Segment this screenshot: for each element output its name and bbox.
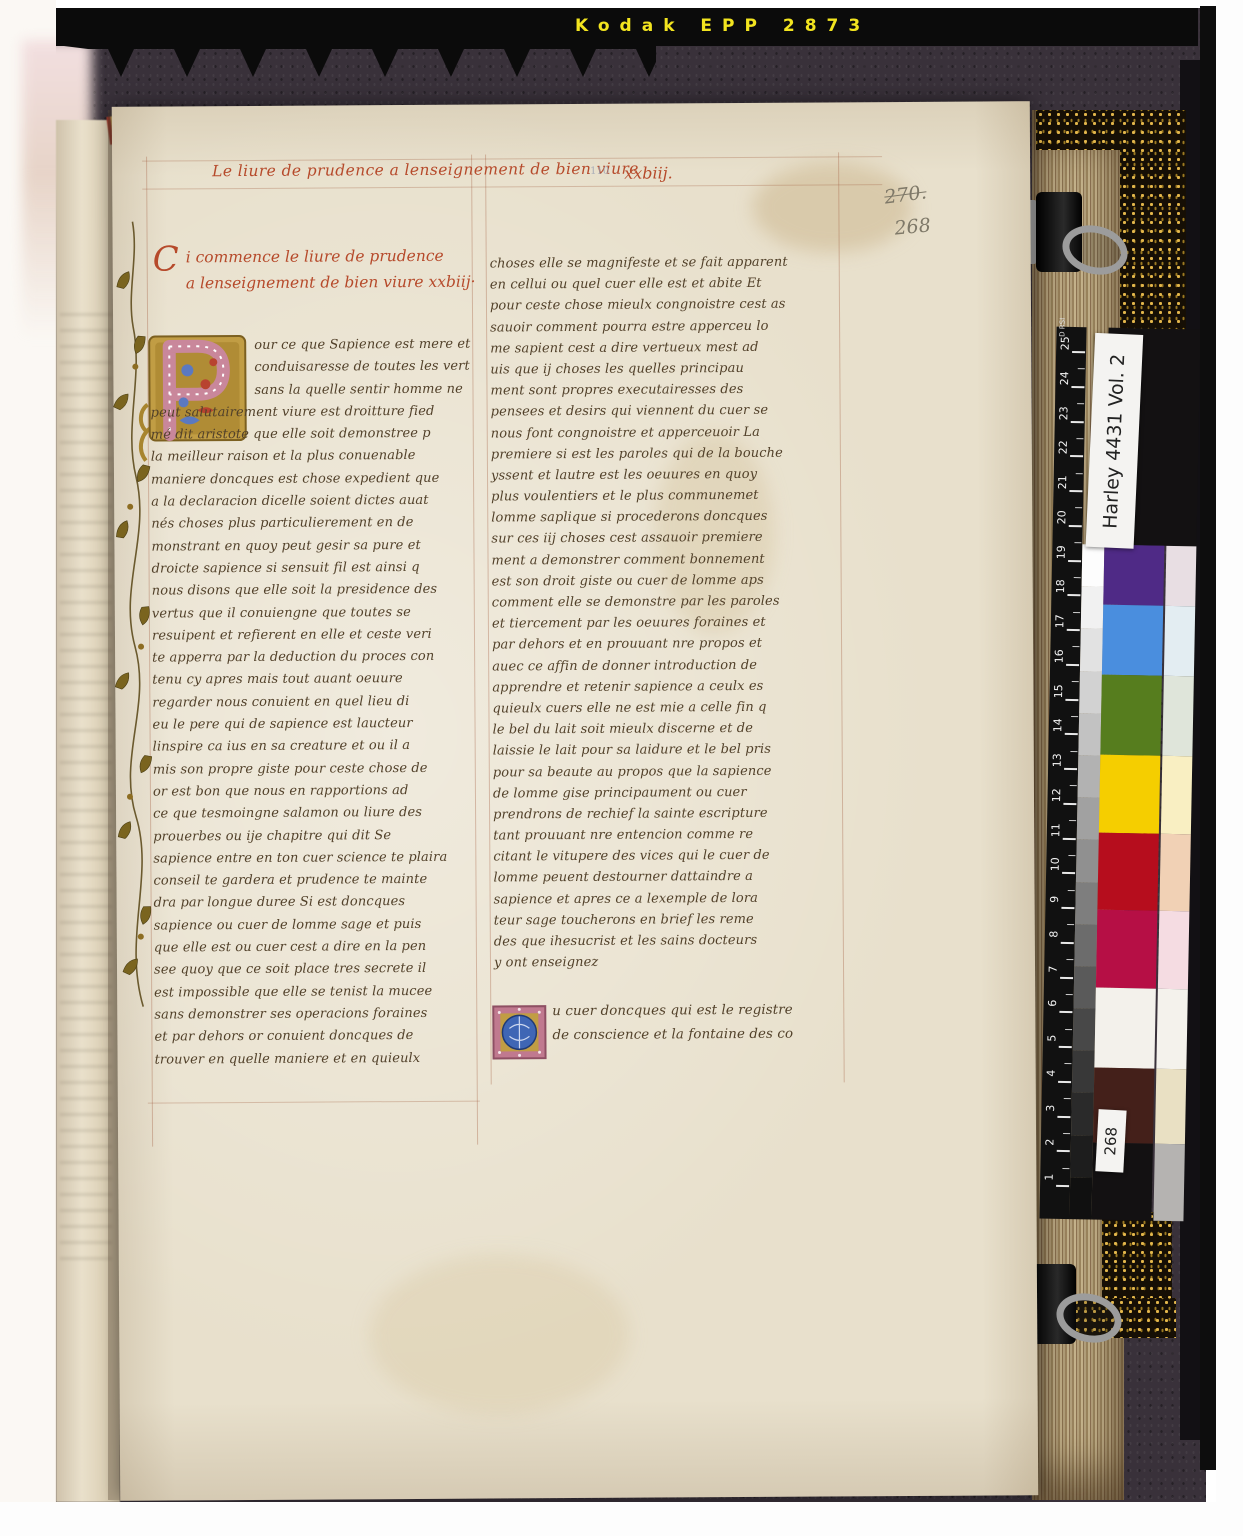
text-column-2-line: y ont enseignez [494, 954, 844, 977]
text-column-2-line: le bel du lait soit mieulx discerne et d… [493, 720, 843, 743]
text-column-2-line: en cellui ou quel cuer elle est et abite… [490, 276, 840, 299]
ruler-half-tick [1064, 1098, 1071, 1099]
text-column-1-line: sans demonstrer ses operacions foraines [154, 1006, 476, 1030]
rubric: Ci commence le liure de prudence a lense… [153, 243, 483, 297]
text-column-1-line: a la declaracion dicelle soient dictes a… [151, 493, 473, 517]
text-column-2-line: quieulx cuers elle ne est mie a celle fi… [492, 699, 842, 722]
folio-sticker-text: 268 [1101, 1126, 1121, 1156]
ruler-number: 21 [1056, 472, 1069, 492]
ruler-tick [1071, 386, 1084, 388]
grayscale-step [1076, 839, 1099, 882]
ruler-number: 12 [1050, 785, 1063, 805]
ruler-tick [1069, 525, 1082, 527]
faint-header-mark: 110 [590, 166, 609, 177]
grayscale-step [1070, 1135, 1093, 1178]
ruler-number: 13 [1051, 750, 1064, 770]
ruler-half-tick [1070, 751, 1077, 752]
text-column-1-line: peut salutairement viure est droitture f… [151, 404, 473, 428]
text-column-1-line: maniere doncques est chose expedient que [151, 470, 473, 494]
ruler-half-tick [1076, 473, 1083, 474]
pastel-patch-yellow [1161, 756, 1192, 835]
ruler-tick [1059, 1046, 1072, 1048]
pastel-patch-white [1156, 989, 1188, 1070]
text-column-2-line: sur ces iij choses cest assauoir premier… [491, 530, 841, 553]
text-column-1-line: droicte sapience si sensuit fil est ains… [152, 560, 474, 584]
grayscale-step [1069, 1177, 1092, 1220]
scan-margin-right [1216, 0, 1243, 1536]
ruler-half-tick [1077, 403, 1084, 404]
ruler-number: 9 [1048, 889, 1061, 909]
ruler-tick [1056, 1185, 1069, 1187]
text-column-1-line: regarder nous conuient en quel lieu di [152, 693, 474, 717]
ruler-half-tick [1075, 507, 1082, 508]
ruler-half-tick [1074, 577, 1081, 578]
text-column-2-line: pour ceste chose mieulx congnoistre cest… [490, 297, 840, 320]
text-column-1-line: mé dit aristote que elle soit demonstree… [151, 426, 473, 450]
text-column-1-line: dra par longue duree Si est doncques [154, 894, 476, 918]
ruler-half-tick [1064, 1063, 1071, 1064]
text-column-2-line: laissie le lait pour sa laidure et le be… [493, 742, 843, 765]
text-column-1-line: ce que tesmoingne salamon ou liure des [153, 805, 475, 829]
ruler-tick [1057, 1150, 1070, 1152]
grayscale-step [1077, 797, 1100, 840]
text-column-2-line: teur sage toucherons en brief les reme [494, 911, 844, 934]
text-column-1-line: tenu cy apres mais tout auant oeuure [152, 671, 474, 695]
ruler-half-tick [1066, 994, 1073, 995]
text-column-1-line: la meilleur raison et la plus conuenable [151, 448, 473, 472]
ruler-tick [1063, 837, 1076, 839]
ruler-tick [1072, 351, 1085, 353]
pastel-patch-green [1162, 676, 1194, 757]
text-column-1-line: or est bon que nous en rapportions ad [153, 783, 475, 807]
ruler-tick [1065, 733, 1078, 735]
manuscript-page: Le liure de prudence a lenseignement de … [112, 101, 1038, 1501]
pastel-patch-maroon [1155, 1069, 1186, 1145]
text-column-2-line: me sapient cest a dire vertueux mest ad [490, 339, 840, 362]
ruler-tick [1060, 976, 1073, 978]
ruler-tick [1057, 1115, 1070, 1117]
photograph-of-manuscript: { "film": { "kodak_label": "Kodak EPP 28… [0, 0, 1243, 1536]
text-column-2-line: et tiercement par les oeuures foraines e… [492, 615, 842, 638]
ruler-half-tick [1068, 890, 1075, 891]
grayscale-step [1078, 755, 1101, 798]
ruler-number: 22 [1057, 437, 1070, 457]
ruler-tick [1059, 1011, 1072, 1013]
ruler-tick [1061, 907, 1074, 909]
color-patch-purple [1103, 545, 1164, 606]
pastel-patch-crimson [1158, 911, 1189, 990]
color-calibration-bar: D RSI 1234567891011121314151617181920212… [1039, 327, 1202, 1222]
shelfmark-text: Harley 4431 Vol. 2 [1099, 353, 1129, 529]
ruler-half-tick [1068, 855, 1075, 856]
ruler-tick [1069, 490, 1082, 492]
ruler-tick [1070, 455, 1083, 457]
ruler-half-tick [1062, 1168, 1069, 1169]
ruler-half-tick [1065, 1029, 1072, 1030]
ruler-tick [1068, 559, 1081, 561]
ruler-number: 6 [1046, 993, 1059, 1013]
text-column-2-line: uis que ij choses les quelles principau [490, 360, 840, 383]
text-column-1-line: see quoy que ce soit place tres secrete … [154, 961, 476, 985]
rubric-line: i commence le liure de prudence [186, 247, 444, 267]
text-column-2-line: lomme peuent destourner dattaindre a [493, 869, 843, 892]
text-column-1-line: resuipent et refierent en elle et ceste … [152, 626, 474, 650]
text-column-2-line: premiere si est les paroles qui de la bo… [491, 445, 841, 468]
color-patch-green [1100, 675, 1162, 756]
text-column-2-line: yssent et lautre est les oeuures en quoy [491, 466, 841, 489]
parchment-stain [369, 1254, 630, 1416]
text-column-1-line: sapience ou cuer de lomme sage et puis [154, 916, 476, 940]
ruler-number: 3 [1044, 1098, 1057, 1118]
text-column-2-line: tant prouuant nre entencion comme re [493, 826, 843, 849]
ruler-half-tick [1070, 785, 1077, 786]
color-patch-red [1097, 833, 1158, 911]
ruler-half-tick [1073, 612, 1080, 613]
pastel-patch-red [1159, 834, 1190, 912]
color-patch-blue [1102, 605, 1163, 676]
ruler-half-tick [1071, 716, 1078, 717]
text-column-1-line: nés choses plus particulierement en de [151, 515, 473, 539]
text-column-1-line: vertus que il conuiengne que toutes se [152, 604, 474, 628]
ruler-number: 19 [1055, 542, 1068, 562]
text-column-2-line: sauoir comment pourra estre apperceu lo [490, 318, 840, 341]
grayscale-step [1075, 882, 1098, 925]
ruler-tick [1061, 942, 1074, 944]
text-column-1-line: conseil te gardera et prudence te mainte [153, 872, 475, 896]
text-column-1-line: te apperra par la deduction du proces co… [152, 649, 474, 673]
text-column-1-line: et par dehors or conuient doncques de [154, 1028, 476, 1052]
text-paragraph-2-line: u cuer doncques qui est le registre [494, 1002, 844, 1028]
color-patch-yellow [1099, 755, 1160, 834]
text-column-1: our ce que Sapience est mere etconduisar… [150, 337, 476, 1075]
ruler-half-tick [1067, 924, 1074, 925]
ruler-half-tick [1072, 681, 1079, 682]
text-column-1-line: linspire ca ius en sa creature et ou il … [153, 738, 475, 762]
grayscale-step [1078, 713, 1101, 756]
pastel-patch-black [1153, 1144, 1184, 1222]
text-column-1-line: mis son propre giste pour ceste chose de [153, 760, 475, 784]
text-column-2-line: prendrons de rechief la sainte escriptur… [493, 805, 843, 828]
grayscale-step [1080, 629, 1103, 672]
ruler-number: 5 [1045, 1028, 1058, 1048]
text-column-2: choses elle se magnifeste et se fait app… [490, 254, 844, 976]
text-column-2-line: par dehors et en prouuant nre propos et [492, 636, 842, 659]
ruler-tick [1063, 803, 1076, 805]
text-column-2-line: sapience et apres ce a lexemple de lora [494, 890, 844, 913]
ruler-half-tick [1074, 542, 1081, 543]
ruler-number: 23 [1057, 403, 1070, 423]
text-column-2-line: citant le vitupere des vices qui le cuer… [493, 848, 843, 871]
text-column-1-line: est impossible que elle se tenist la muc… [154, 983, 476, 1007]
grayscale-step [1073, 1008, 1096, 1051]
ruler-number: 16 [1053, 646, 1066, 666]
text-column-2-line: pensees et desirs qui viennent du cuer s… [491, 403, 841, 426]
ruler-half-tick [1078, 368, 1085, 369]
text-column-1-line: our ce que Sapience est mere et [150, 337, 472, 361]
gilt-tooling-top-vertical [1120, 110, 1186, 336]
text-column-1-line: sapience entre en ton cuer science te pl… [153, 849, 475, 873]
text-column-1-line: nous disons que elle soit la presidence … [152, 582, 474, 606]
text-column-2-line: des que ihesucrist et les sains docteurs [494, 932, 844, 955]
text-column-1-line: monstrant en quoy peut gesir sa pure et [151, 537, 473, 561]
ruler-half-tick [1066, 959, 1073, 960]
text-column-2-line: comment elle se demonstre par les parole… [492, 593, 842, 616]
ruler-number: 1 [1043, 1167, 1056, 1187]
text-column-1-line: prouerbes ou ije chapitre qui dit Se [153, 827, 475, 851]
grayscale-step [1073, 966, 1096, 1009]
text-column-2-line: pour sa beaute au propos que la sapience [493, 763, 843, 786]
ruler-tick [1067, 629, 1080, 631]
film-edge-right [1200, 6, 1216, 1470]
text-column-2-line: choses elle se magnifeste et se fait app… [490, 254, 840, 277]
text-column-1-line: conduisaresse de toutes les vert [150, 359, 472, 383]
ruler-half-tick [1063, 1133, 1070, 1134]
ruler-tick [1058, 1081, 1071, 1083]
ruler-tick [1062, 872, 1075, 874]
text-column-1-line: que elle est ou cuer cest a dire en la p… [154, 939, 476, 963]
ruler-tick [1066, 664, 1079, 666]
color-patch-white [1094, 988, 1156, 1069]
grayscale-step [1071, 1093, 1094, 1136]
text-column-2-line: plus voulentiers et le plus communemet [491, 487, 841, 510]
ruler-number: 7 [1047, 959, 1060, 979]
rubric-line: a lenseignement de bien viure xxbiij· [186, 273, 476, 293]
chapter-number: xxbiij. [624, 163, 673, 182]
ruler-half-tick [1076, 438, 1083, 439]
ruler-tick [1071, 420, 1084, 422]
kodak-film-label: Kodak EPP 2873 [575, 16, 870, 36]
text-column-1-line: eu le pere qui de sapience est laucteur [152, 716, 474, 740]
film-holder-teeth [56, 45, 656, 81]
pastel-patch-purple [1165, 546, 1196, 607]
ruler-number: 10 [1049, 854, 1062, 874]
old-folio-number-struck: 270. [883, 181, 928, 208]
ruler-tick [1067, 594, 1080, 596]
pastel-patch-blue [1164, 606, 1195, 677]
shelfmark-label: Harley 4431 Vol. 2 [1086, 333, 1144, 549]
text-column-1-line: trouver en quelle maniere et en quieulx [155, 1050, 477, 1074]
grayscale-step [1079, 671, 1102, 714]
ruler-number: 2 [1043, 1132, 1056, 1152]
ruler-number: 25 [1059, 333, 1072, 353]
folio-number: 268 [894, 214, 932, 239]
grayscale-step [1082, 544, 1105, 587]
text-column-2-line: est son droit giste ou cuer de lomme aps [492, 572, 842, 595]
ruler-number: 20 [1055, 507, 1068, 527]
ruler-number: 4 [1045, 1063, 1058, 1083]
color-patch-crimson [1096, 910, 1157, 989]
ruler-tick [1065, 698, 1078, 700]
text-column-2-line: nous font congnoistre et apperceuoir La [491, 424, 841, 447]
text-column-2-line: ment a demonstrer comment bonnement [491, 551, 841, 574]
scan-margin-bottom [0, 1502, 1243, 1536]
ruler-number: 11 [1049, 820, 1062, 840]
text-column-1-line: sans la quelle sentir homme ne [150, 381, 472, 405]
text-paragraph-2-line: de conscience et la fontaine des co [494, 1026, 844, 1052]
grayscale-step [1081, 586, 1104, 629]
text-column-2-line: auec ce affin de donner introduction de [492, 657, 842, 680]
text-column-2-line: ment sont propres executairesses des [490, 381, 840, 404]
ruling-line [148, 1101, 480, 1104]
text-column-2-line: de lomme gise principaument ou cuer [493, 784, 843, 807]
ruler-number: 17 [1053, 611, 1066, 631]
ruler-number: 18 [1054, 576, 1067, 596]
text-column-2-line: apprendre et retenir sapience a ceulx es [492, 678, 842, 701]
grayscale-step [1072, 1050, 1095, 1093]
ruler-number: 8 [1047, 924, 1060, 944]
grayscale-step [1074, 924, 1097, 967]
ruler-half-tick [1072, 646, 1079, 647]
ruler-tick [1064, 768, 1077, 770]
text-column-2-line: lomme saplique si procederons doncques [491, 509, 841, 532]
ruler-number: 15 [1052, 681, 1065, 701]
ruler-number: 14 [1051, 715, 1064, 735]
folio-sticker: 268 [1095, 1109, 1126, 1172]
running-title: Le liure de prudence a lenseignement de … [212, 160, 639, 181]
text-paragraph-2: u cuer doncques qui est le registrede co… [494, 1002, 844, 1052]
ruler-half-tick [1069, 820, 1076, 821]
ruler-number: 24 [1058, 368, 1071, 388]
